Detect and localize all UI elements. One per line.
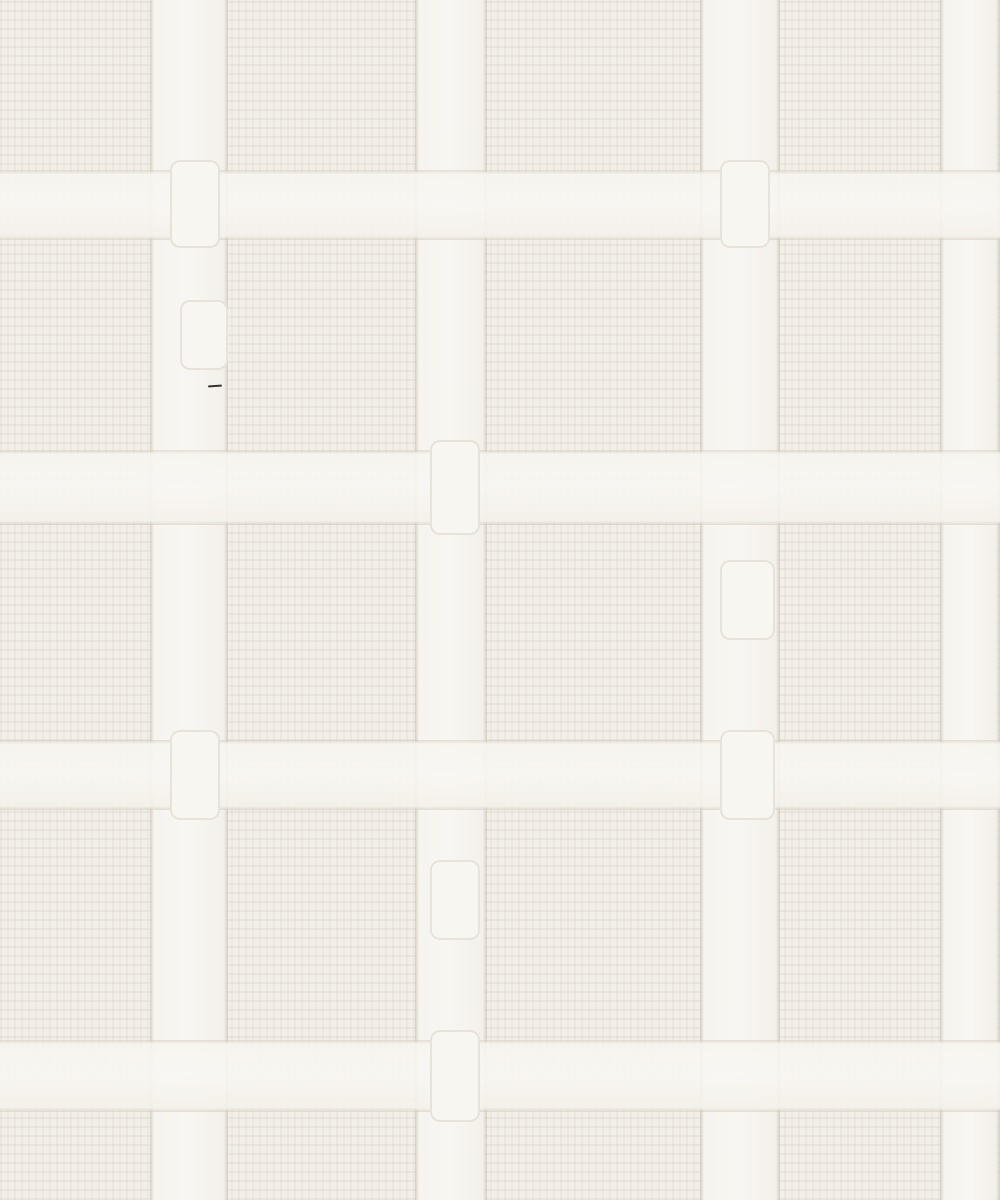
woven-fabric-photo: [0, 0, 1000, 1200]
weave-crossing: [180, 300, 228, 370]
weft-ribbon: [0, 170, 1000, 240]
weave-crossing: [720, 560, 775, 640]
weave-crossing: [170, 160, 220, 248]
weave-crossing: [430, 860, 480, 940]
weave-crossing: [720, 160, 770, 248]
weave-crossing: [430, 440, 480, 535]
weft-ribbon: [0, 1040, 1000, 1112]
weft-ribbon: [0, 450, 1000, 525]
weave-crossing: [430, 1030, 480, 1122]
weave-crossing: [170, 730, 220, 820]
weft-ribbon: [0, 740, 1000, 810]
weave-crossing: [720, 730, 775, 820]
